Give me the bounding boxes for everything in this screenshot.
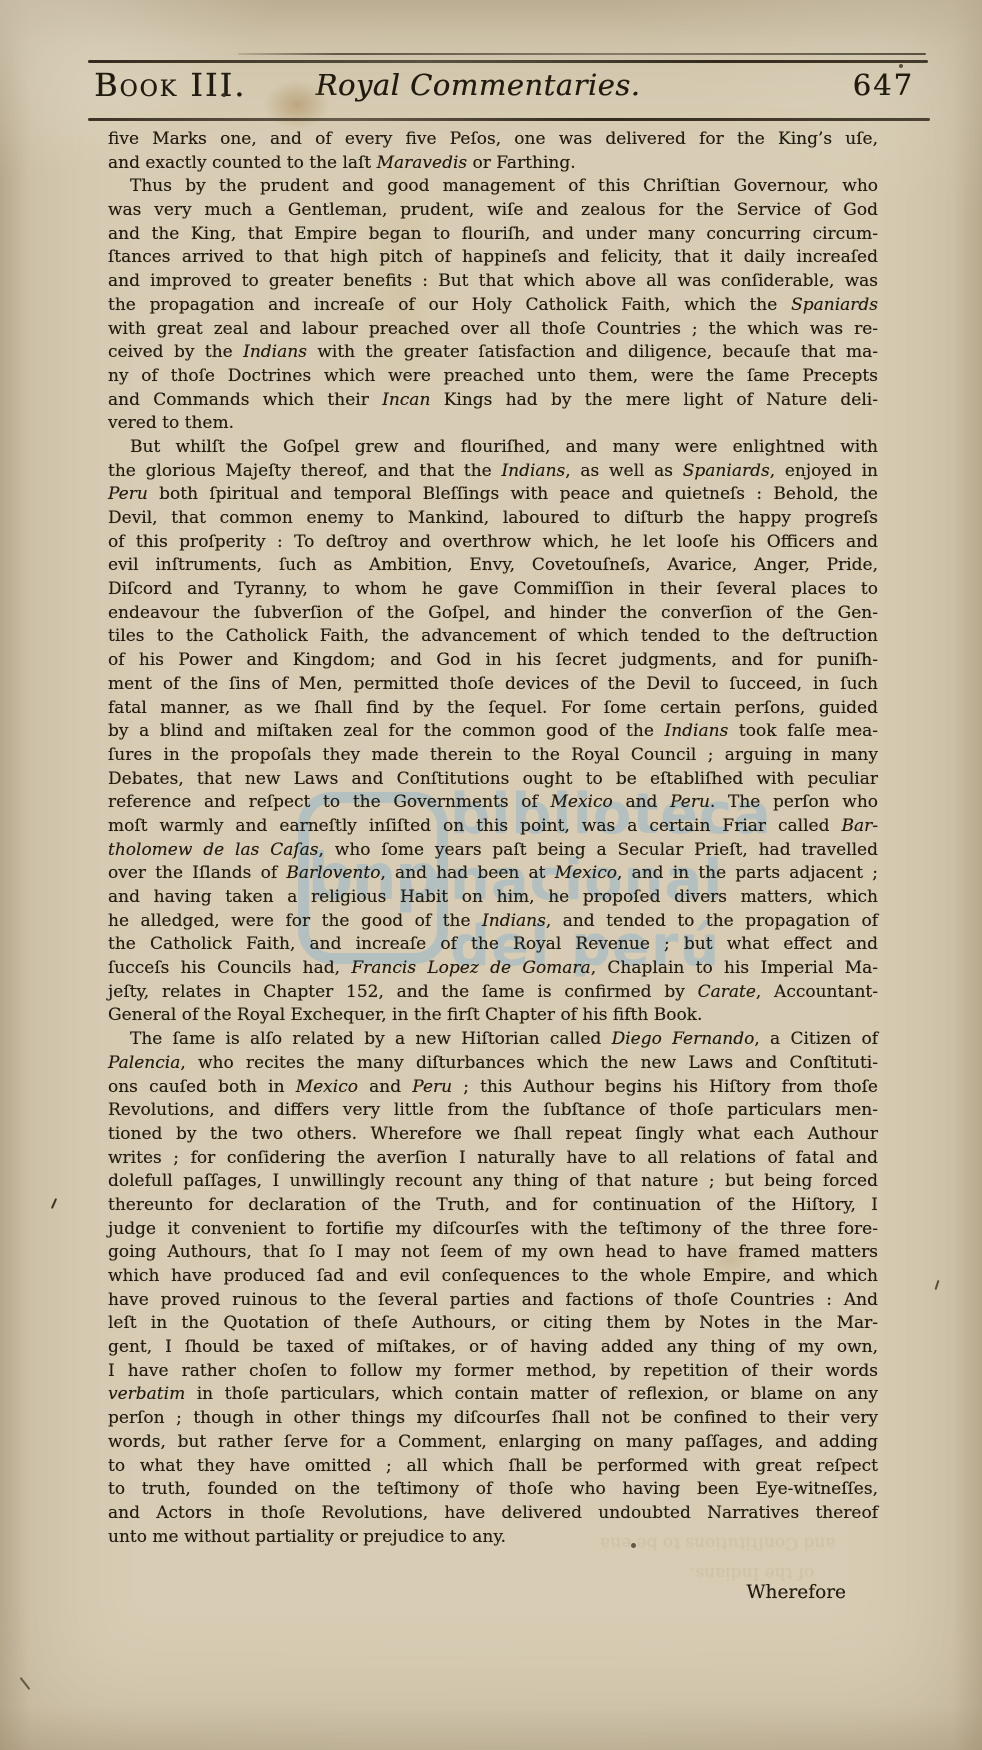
text-line: which have produced ſad and evil conſequ…: [108, 1265, 878, 1289]
text-line: tiles to the Catholick Faith, the advanc…: [108, 625, 878, 649]
text-line: the propagation and increaſe of our Holy…: [108, 294, 878, 318]
stray-ink-mark: [20, 1677, 31, 1690]
text-line: gent, I ſhould be taxed of miſtakes, or …: [108, 1336, 878, 1360]
text-line: of his Power and Kingdom; and God in his…: [108, 649, 878, 673]
text-line: ment of the ſins of Men, permitted thoſe…: [108, 673, 878, 697]
text-line: the Catholick Faith, and increaſe of the…: [108, 933, 878, 957]
text-line: ſucceſs his Councils had, Francis Lopez …: [108, 957, 878, 981]
text-line: ſtances arrived to that high pitch of ha…: [108, 246, 878, 270]
text-line: tholomew de las Caſas, who ſome years pa…: [108, 839, 878, 863]
text-line: five Marks one, and of every five Peſos,…: [108, 128, 878, 152]
page-number: 647: [853, 68, 914, 102]
text-line: ceived by the Indians with the greater ſ…: [108, 341, 878, 365]
text-line: of this proſperity : To deſtroy and over…: [108, 531, 878, 555]
text-line: Peru both ſpiritual and temporal Bleſſin…: [108, 483, 878, 507]
text-line: to what they have omitted ; all which ſh…: [108, 1455, 878, 1479]
text-line: ons cauſed both in Mexico and Peru ; thi…: [108, 1076, 878, 1100]
text-line: and Commands which their Incan Kings had…: [108, 389, 878, 413]
text-line: thereunto for declaration of the Truth, …: [108, 1194, 878, 1218]
text-line: over the Iſlands of Barlovento, and had …: [108, 862, 878, 886]
text-line: have proved ruinous to the ſeveral parti…: [108, 1289, 878, 1313]
text-line: Devil, that common enemy to Mankind, lab…: [108, 507, 878, 531]
stray-ink-mark: [51, 1198, 57, 1209]
text-line: moſt warmly and earneſtly inſiſted on th…: [108, 815, 878, 839]
text-line: But whilſt the Goſpel grew and flouriſhe…: [108, 436, 878, 460]
text-line: Palencia, who recites the many diſturban…: [108, 1052, 878, 1076]
text-line: ny of thoſe Doctrines which were preache…: [108, 365, 878, 389]
text-line: and Actors in thoſe Revolutions, have de…: [108, 1502, 878, 1526]
text-line: endeavour the ſubverſion of the Goſpel, …: [108, 602, 878, 626]
book-page-scan: bnp biblioteca nacional del perú and Con…: [0, 0, 982, 1750]
text-line: was very much a Gentleman, prudent, wiſe…: [108, 199, 878, 223]
text-line: words, but rather ſerve for a Comment, e…: [108, 1431, 878, 1455]
text-line: verbatim in thoſe particulars, which con…: [108, 1383, 878, 1407]
text-line: he alledged, were for the good of the In…: [108, 910, 878, 934]
text-line: writes ; for conſidering the averſion I …: [108, 1147, 878, 1171]
ink-speck: [222, 93, 226, 97]
text-line: by a blind and miſtaken zeal for the com…: [108, 720, 878, 744]
ink-speck: [899, 64, 903, 68]
text-line: reference and reſpect to the Governments…: [108, 791, 878, 815]
text-line: vered to them.: [108, 412, 878, 436]
text-line: the glorious Majeſty thereof, and that t…: [108, 460, 878, 484]
top-thin-rule: [238, 53, 926, 55]
ink-speck: [631, 1543, 636, 1548]
catchword: Wherefore: [747, 1582, 846, 1603]
text-line: going Authours, that ſo I may not ſeem o…: [108, 1241, 878, 1265]
text-line: General of the Royal Exchequer, in the f…: [108, 1004, 878, 1028]
running-title: Royal Commentaries.: [308, 68, 648, 102]
book-label: Book III.: [94, 66, 246, 104]
text-line: unto me without partiality or prejudice …: [108, 1526, 878, 1550]
text-line: evil inſtruments, ſuch as Ambition, Envy…: [108, 554, 878, 578]
text-line: I have rather choſen to follow my former…: [108, 1360, 878, 1384]
text-line: and exactly counted to the laſt Maravedi…: [108, 152, 878, 176]
text-line: Thus by the prudent and good management …: [108, 175, 878, 199]
text-line: and improved to greater benefits : But t…: [108, 270, 878, 294]
stray-ink-mark: [935, 1280, 940, 1290]
text-line: leſt in the Quotation of theſe Authours,…: [108, 1312, 878, 1336]
text-line: with great zeal and labour preached over…: [108, 318, 878, 342]
text-line: Debates, that new Laws and Conſtitutions…: [108, 768, 878, 792]
text-line: judge it convenient to fortifie my diſco…: [108, 1218, 878, 1242]
text-line: tioned by the two others. Wherefore we ſ…: [108, 1123, 878, 1147]
text-line: dolefull paſſages, I unwillingly recount…: [108, 1170, 878, 1194]
text-line: fatal manner, as we ſhall find by the ſe…: [108, 697, 878, 721]
text-line: ſures in the propoſals they made therein…: [108, 744, 878, 768]
text-line: and having taken a religious Habit on hi…: [108, 886, 878, 910]
text-line: and the King, that Empire began to flour…: [108, 223, 878, 247]
body-text: five Marks one, and of every five Peſos,…: [108, 128, 878, 1549]
top-rule: [88, 60, 928, 63]
text-line: to truth, founded on the teſtimony of th…: [108, 1478, 878, 1502]
text-line: Diſcord and Tyranny, to whom he gave Com…: [108, 578, 878, 602]
text-line: perſon ; though in other things my diſco…: [108, 1407, 878, 1431]
text-line: The ſame is alſo related by a new Hiſtor…: [108, 1028, 878, 1052]
text-line: Revolutions, and differs very little fro…: [108, 1099, 878, 1123]
show-through-text: of the Indians.: [690, 1563, 814, 1583]
text-line: jeſty, relates in Chapter 152, and the ſ…: [108, 981, 878, 1005]
header-bottom-rule: [88, 118, 930, 121]
